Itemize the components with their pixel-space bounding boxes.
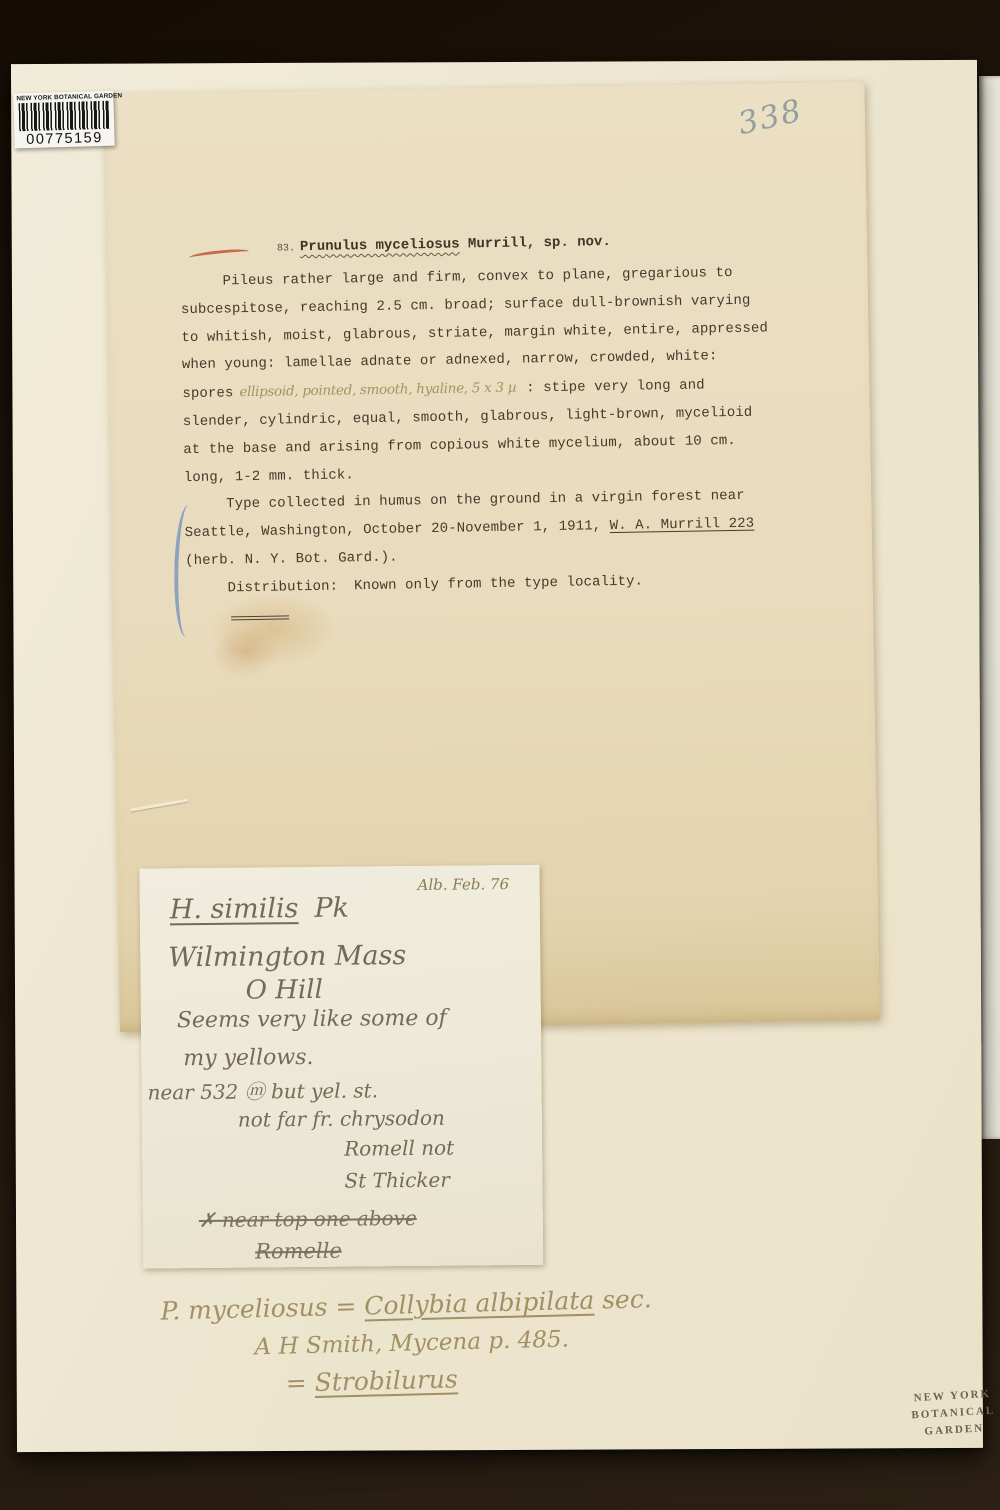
barcode-number: 00775159 [17, 130, 111, 149]
heading-species-name: Prunulus myceliosus [300, 237, 460, 256]
heading-number: 83. [277, 243, 295, 254]
determination-pre: = [285, 1368, 307, 1398]
determination-name: Strobilurus [314, 1364, 458, 1397]
determination-pre: P. myceliosus = [160, 1292, 357, 1326]
note-comment: my yellows. [183, 1045, 313, 1071]
note-date: Alb. Feb. 76 [418, 875, 510, 894]
note-comment-struck: Romelle [255, 1239, 342, 1264]
note-locality: Wilmington Mass [168, 940, 406, 973]
note-comment: Seems very like some of [177, 1006, 447, 1034]
spores-typed-prefix: spores [182, 385, 233, 402]
distribution-label: Distribution: [227, 578, 338, 596]
description-text: Pileus rather large and firm, convex to … [180, 259, 825, 604]
stain [197, 615, 293, 689]
note-species-author: Pk [314, 893, 349, 924]
note-locality-2: O Hill [245, 975, 322, 1006]
note-comment: not far fr. chrysodon [238, 1106, 445, 1132]
determination-post: sec. [602, 1284, 652, 1314]
note-species-name: H. similis [170, 893, 299, 925]
background-sheet-edge [979, 76, 1000, 1139]
determination-line: = Strobilurus [285, 1364, 458, 1397]
note-comment: Romell not [344, 1136, 454, 1161]
barcode-label: NEW YORK BOTANICAL GARDEN 00775159 [13, 91, 114, 149]
institution-stamp: NEW YORK BOTANICAL GARDEN [900, 1385, 1000, 1442]
determination-line: P. myceliosus = Collybia albipilata sec. [160, 1284, 652, 1325]
determination-reference: A H Smith, Mycena p. 485. [254, 1326, 569, 1360]
herbarium-scan-page: 338 83.Prunulus myceliosus Murrill, sp. … [0, 0, 1000, 1510]
heading-authority: Murrill, sp. nov. [468, 234, 611, 252]
handwritten-note-slip: Alb. Feb. 76 H. similisPk Wilmington Mas… [139, 865, 543, 1269]
distribution-value: Known only from the type locality. [354, 573, 643, 594]
note-comment: near 532 ⓜ but yel. st. [147, 1074, 378, 1105]
note-comment: St Thicker [344, 1168, 450, 1193]
barcode [19, 101, 110, 132]
note-comment-struck: ✗ near top one above [199, 1206, 417, 1232]
collector-number: W. A. Murrill 223 [610, 516, 755, 534]
red-pencil-mark [189, 247, 250, 261]
mounting-sheet: 338 83.Prunulus myceliosus Murrill, sp. … [11, 60, 983, 1452]
species-heading: 83.Prunulus myceliosus Murrill, sp. nov. [277, 234, 611, 256]
note-species-line: H. similisPk [170, 893, 349, 926]
spores-handwritten-annotation: ellipsoid, pointed, smooth, hyaline, 5 x… [239, 380, 516, 401]
determination-name: Collybia albipilata [364, 1286, 595, 1321]
sheet-number: 338 [735, 92, 807, 142]
paper-tear [130, 799, 188, 812]
spores-typed-suffix: : stipe very long and [526, 378, 705, 397]
collection-info: Seattle, Washington, October 20-November… [185, 518, 602, 541]
